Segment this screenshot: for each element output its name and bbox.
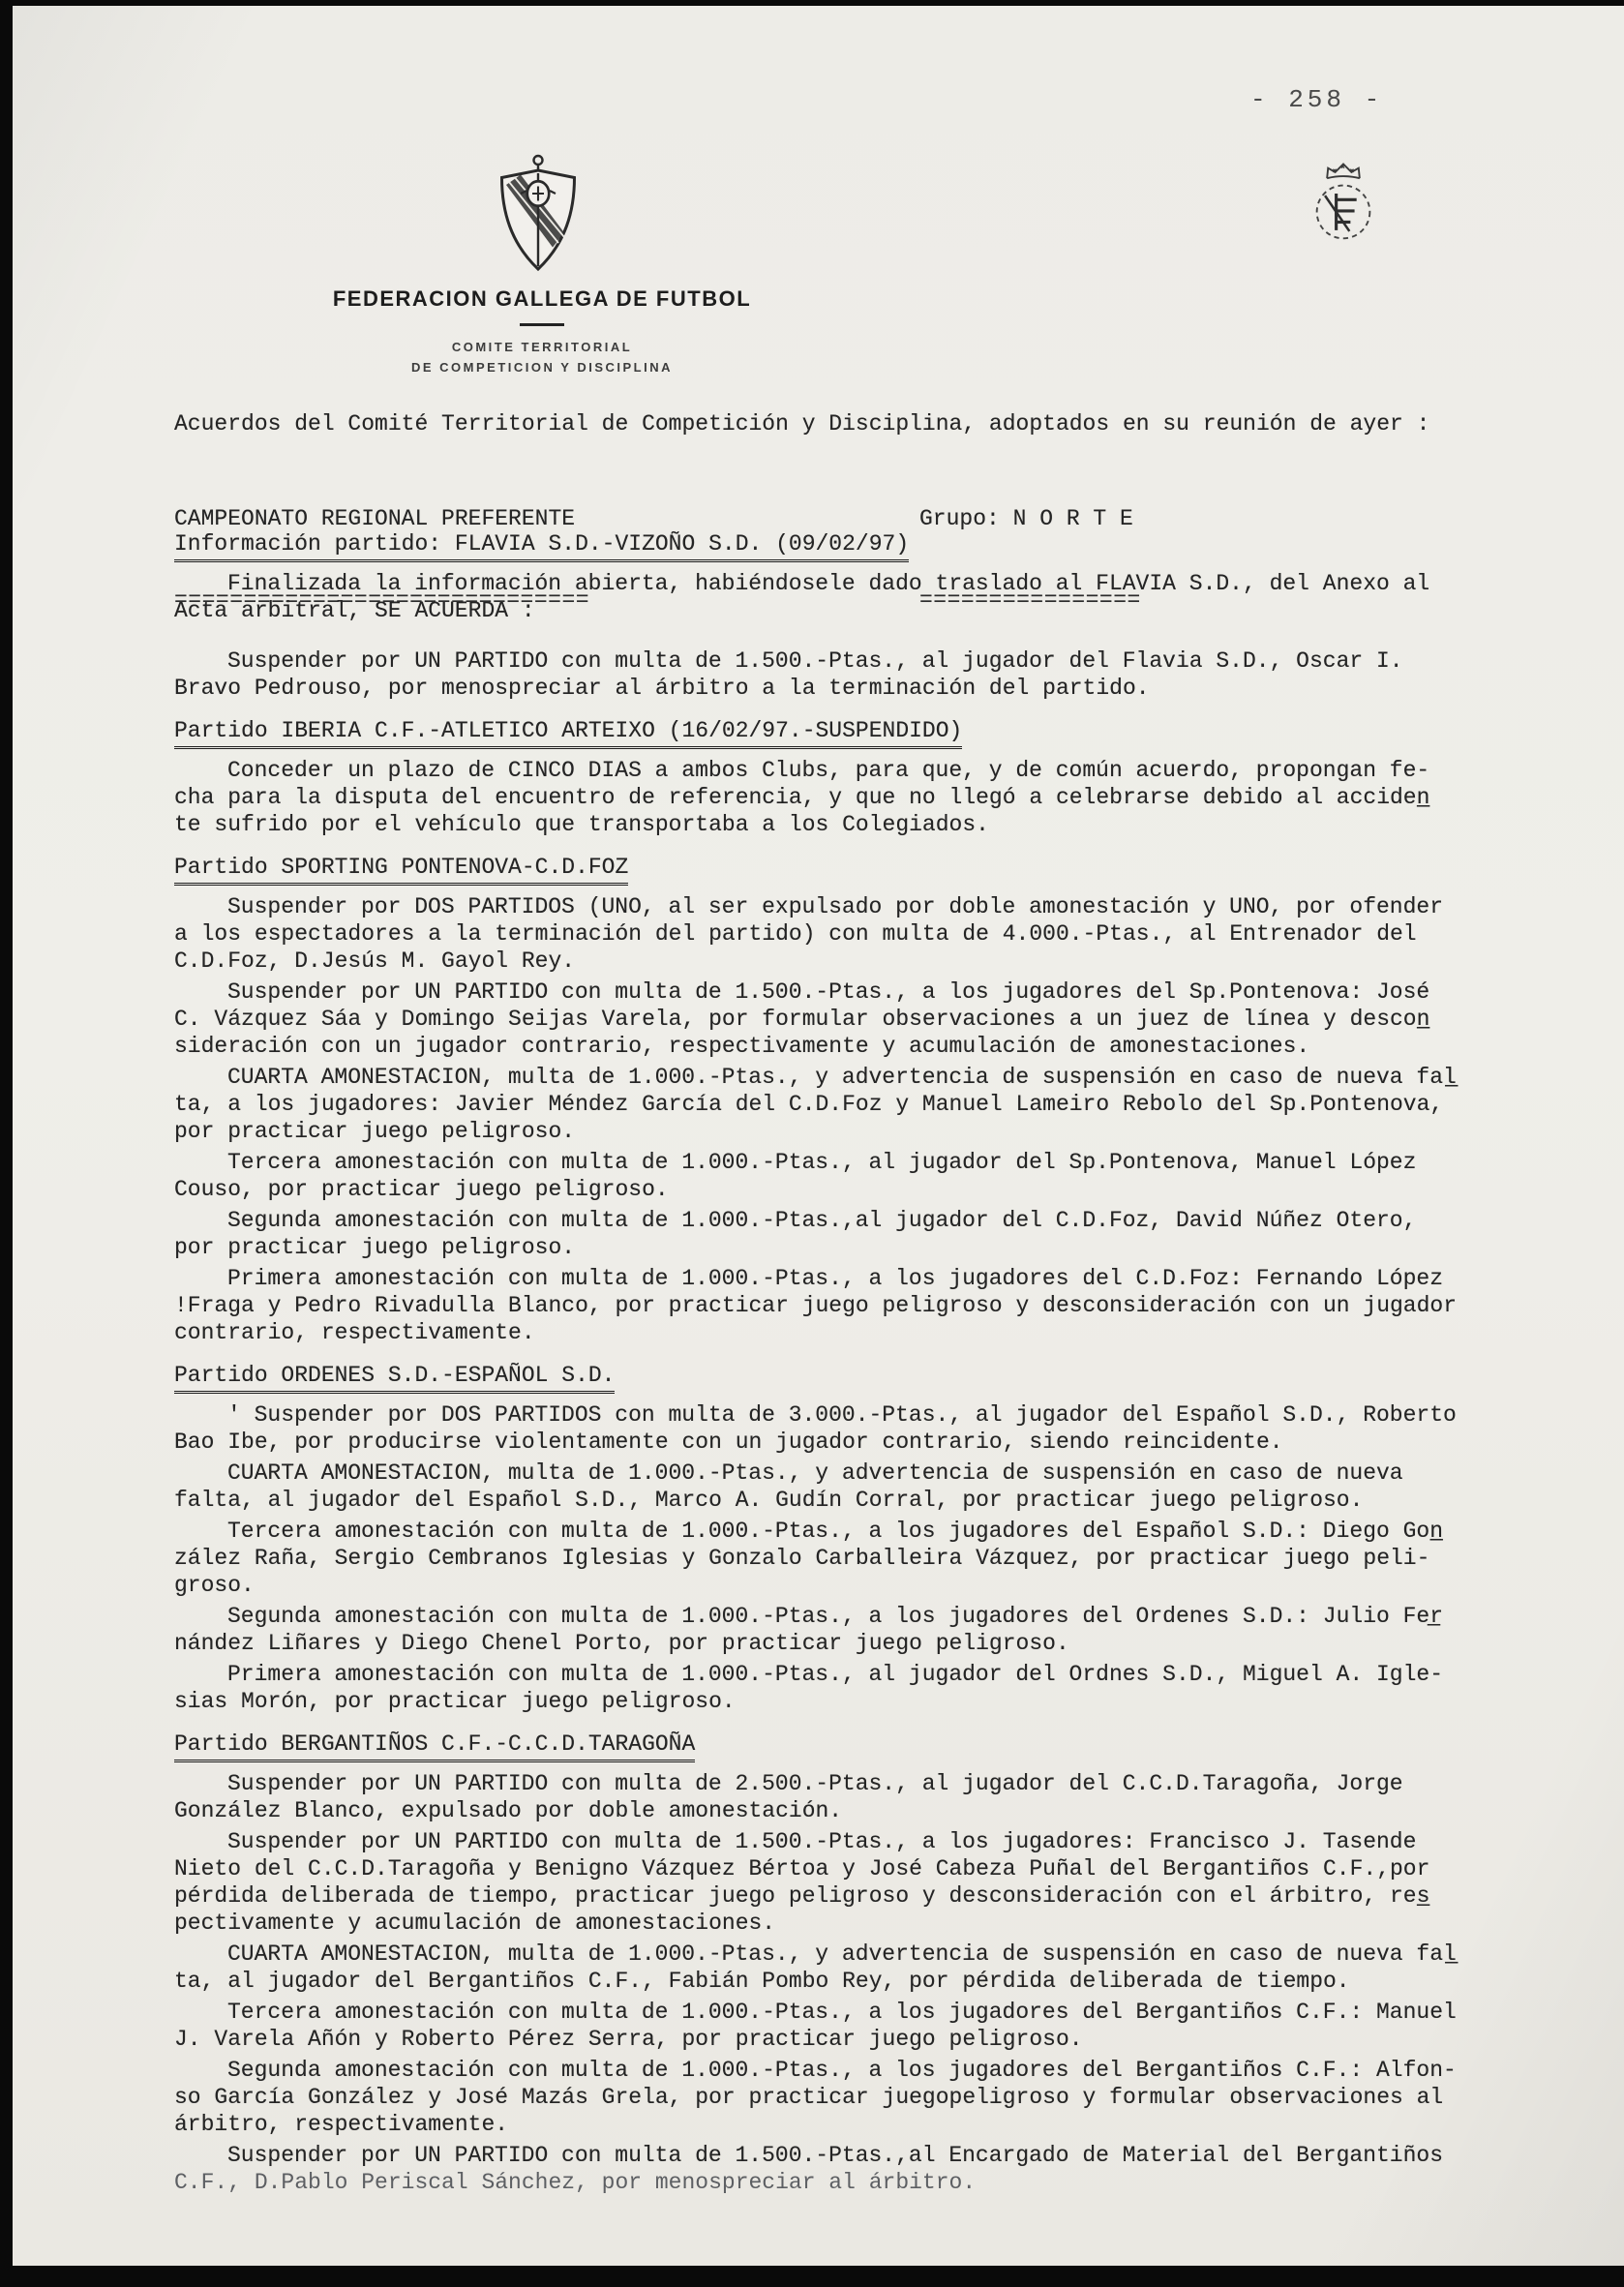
paragraph: Primera amonestación con multa de 1.000.…	[174, 1265, 1564, 1346]
text-line: zález Raña, Sergio Cembranos Iglesias y …	[174, 1545, 1564, 1572]
text-line: a los espectadores a la terminación del …	[174, 920, 1564, 948]
paragraph: Segunda amonestación con multa de 1.000.…	[174, 1603, 1564, 1657]
text-line: Segunda amonestación con multa de 1.000.…	[174, 1207, 1564, 1234]
text-line: cha para la disputa del encuentro de ref…	[174, 784, 1564, 811]
page-number: - 258 -	[1250, 85, 1383, 114]
paragraph: Suspender por UN PARTIDO con multa de 2.…	[174, 1770, 1564, 1824]
text-line: Bravo Pedrouso, por menospreciar al árbi…	[174, 675, 1564, 702]
text-line: Primera amonestación con multa de 1.000.…	[174, 1265, 1564, 1292]
paragraph: Segunda amonestación con multa de 1.000.…	[174, 2057, 1564, 2138]
text-line: pectivamente y acumulación de amonestaci…	[174, 1910, 1564, 1937]
text-line: Segunda amonestación con multa de 1.000.…	[174, 2057, 1564, 2084]
text-line: ' Suspender por DOS PARTIDOS con multa d…	[174, 1401, 1564, 1429]
text-line: por practicar juego peligroso.	[174, 1234, 1564, 1261]
text-line: sideración con un jugador contrario, res…	[174, 1033, 1564, 1060]
group-label: Grupo: N O R T E	[919, 505, 1141, 532]
federation-shield-logo	[492, 153, 585, 280]
paragraph: ' Suspender por DOS PARTIDOS con multa d…	[174, 1401, 1564, 1456]
text-line: Tercera amonestación con multa de 1.000.…	[174, 1518, 1564, 1545]
text-line: Suspender por UN PARTIDO con multa de 1.…	[174, 978, 1564, 1006]
section-heading: Partido ORDENES S.D.-ESPAÑOL S.D.	[174, 1362, 615, 1394]
section-heading: Partido SPORTING PONTENOVA-C.D.FOZ	[174, 854, 628, 886]
competition-name-underline: ==============================	[174, 587, 589, 614]
competition-name: CAMPEONATO REGIONAL PREFERENTE	[174, 505, 589, 532]
decision-section: Partido BERGANTIÑOS C.F.-C.C.D.TARAGOÑAS…	[174, 1719, 1564, 2196]
paragraph: Conceder un plazo de CINCO DIAS a ambos …	[174, 757, 1564, 838]
decision-section: Partido IBERIA C.F.-ATLETICO ARTEIXO (16…	[174, 706, 1564, 838]
text-line: Suspender por UN PARTIDO con multa de 1.…	[174, 1828, 1564, 1855]
paragraph: Tercera amonestación con multa de 1.000.…	[174, 1149, 1564, 1203]
paragraph: Suspender por DOS PARTIDOS (UNO, al ser …	[174, 893, 1564, 975]
paragraph: Suspender por UN PARTIDO con multa de 1.…	[174, 978, 1564, 1060]
paragraph: Tercera amonestación con multa de 1.000.…	[174, 1999, 1564, 2053]
text-line: !Fraga y Pedro Rivadulla Blanco, por pra…	[174, 1292, 1564, 1319]
text-line: falta, al jugador del Español S.D., Marc…	[174, 1487, 1564, 1514]
decision-section: Partido ORDENES S.D.-ESPAÑOL S.D.' Suspe…	[174, 1350, 1564, 1715]
text-line: ta, al jugador del Bergantiños C.F., Fab…	[174, 1968, 1564, 1995]
text-line: C.D.Foz, D.Jesús M. Gayol Rey.	[174, 948, 1564, 975]
section-heading: Partido BERGANTIÑOS C.F.-C.C.D.TARAGOÑA	[174, 1730, 695, 1762]
text-line: CUARTA AMONESTACION, multa de 1.000.-Pta…	[174, 1459, 1564, 1487]
intro-paragraph: Acuerdos del Comité Territorial de Compe…	[174, 410, 1564, 437]
text-line: groso.	[174, 1572, 1564, 1599]
rfef-crown-crest-icon	[1305, 155, 1382, 256]
typed-body: Acuerdos del Comité Territorial de Compe…	[174, 410, 1564, 2200]
text-line: árbitro, respectivamente.	[174, 2111, 1564, 2138]
sections: Información partido: FLAVIA S.D.-VIZOÑO …	[174, 519, 1564, 2196]
text-line: pérdida deliberada de tiempo, practicar …	[174, 1882, 1564, 1910]
scan-border-left	[0, 0, 13, 2287]
text-line: Tercera amonestación con multa de 1.000.…	[174, 1149, 1564, 1176]
text-line: nández Liñares y Diego Chenel Porto, por…	[174, 1630, 1564, 1657]
paragraph: CUARTA AMONESTACION, multa de 1.000.-Pta…	[174, 1941, 1564, 1995]
text-line: Suspender por DOS PARTIDOS (UNO, al ser …	[174, 893, 1564, 920]
letterhead-rule	[520, 323, 564, 326]
text-line: Suspender por UN PARTIDO con multa de 2.…	[174, 1770, 1564, 1797]
text-line: te sufrido por el vehículo que transport…	[174, 811, 1564, 838]
text-line: contrario, respectivamente.	[174, 1319, 1564, 1346]
text-line: Conceder un plazo de CINCO DIAS a ambos …	[174, 757, 1564, 784]
text-line: Tercera amonestación con multa de 1.000.…	[174, 1999, 1564, 2026]
paragraph: Tercera amonestación con multa de 1.000.…	[174, 1518, 1564, 1599]
committee-line-2: DE COMPETICION Y DISCIPLINA	[252, 360, 832, 375]
text-line: C. Vázquez Sáa y Domingo Seijas Varela, …	[174, 1006, 1564, 1033]
text-line: Segunda amonestación con multa de 1.000.…	[174, 1603, 1564, 1630]
text-line: CUARTA AMONESTACION, multa de 1.000.-Pta…	[174, 1064, 1564, 1091]
competition-name-block: CAMPEONATO REGIONAL PREFERENTE =========…	[174, 451, 589, 668]
group-block: Grupo: N O R T E ================	[919, 451, 1141, 668]
paragraph: Suspender por UN PARTIDO con multa de 1.…	[174, 2142, 1564, 2196]
scanned-document-page: - 258 - FEDERACION GALLEGA	[0, 0, 1624, 2287]
committee-line-1: COMITE TERRITORIAL	[252, 340, 832, 354]
text-line: Nieto del C.C.D.Taragoña y Benigno Vázqu…	[174, 1855, 1564, 1882]
text-line: so García González y José Mazás Grela, p…	[174, 2084, 1564, 2111]
text-line: C.F., D.Pablo Periscal Sánchez, por meno…	[174, 2169, 1564, 2196]
paragraph: Suspender por UN PARTIDO con multa de 1.…	[174, 1828, 1564, 1937]
paragraph: CUARTA AMONESTACION, multa de 1.000.-Pta…	[174, 1064, 1564, 1145]
decision-section: Partido SPORTING PONTENOVA-C.D.FOZSuspen…	[174, 842, 1564, 1346]
paragraph: Primera amonestación con multa de 1.000.…	[174, 1661, 1564, 1715]
text-line: González Blanco, expulsado por doble amo…	[174, 1797, 1564, 1824]
letterhead: FEDERACION GALLEGA DE FUTBOL COMITE TERR…	[252, 286, 832, 375]
organization-name: FEDERACION GALLEGA DE FUTBOL	[252, 286, 832, 312]
text-line: ta, a los jugadores: Javier Méndez Garcí…	[174, 1091, 1564, 1118]
text-line: Couso, por practicar juego peligroso.	[174, 1176, 1564, 1203]
section-heading: Partido IBERIA C.F.-ATLETICO ARTEIXO (16…	[174, 717, 962, 749]
paragraph: CUARTA AMONESTACION, multa de 1.000.-Pta…	[174, 1459, 1564, 1514]
text-line: sias Morón, por practicar juego peligros…	[174, 1688, 1564, 1715]
paragraph: Segunda amonestación con multa de 1.000.…	[174, 1207, 1564, 1261]
text-line: J. Varela Añón y Roberto Pérez Serra, po…	[174, 2026, 1564, 2053]
group-underline: ================	[919, 587, 1141, 614]
text-line: Bao Ibe, por producirse violentamente co…	[174, 1429, 1564, 1456]
text-line: Suspender por UN PARTIDO con multa de 1.…	[174, 2142, 1564, 2169]
text-line: por practicar juego peligroso.	[174, 1118, 1564, 1145]
text-line: Primera amonestación con multa de 1.000.…	[174, 1661, 1564, 1688]
text-line: CUARTA AMONESTACION, multa de 1.000.-Pta…	[174, 1941, 1564, 1968]
scan-border-bottom	[0, 2266, 1624, 2287]
scan-border-top	[0, 0, 1624, 6]
competition-header: CAMPEONATO REGIONAL PREFERENTE =========…	[174, 451, 1564, 505]
